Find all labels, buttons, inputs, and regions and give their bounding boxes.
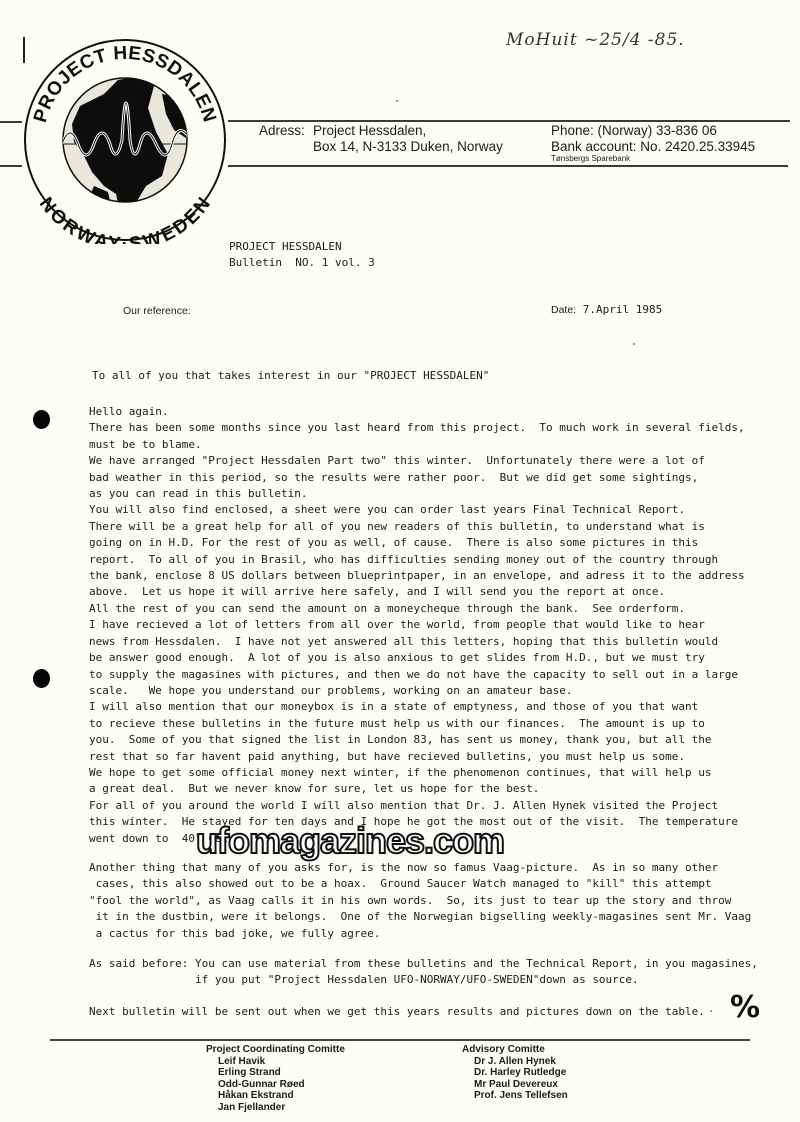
header-rule-top bbox=[228, 120, 790, 122]
text-line: Mr Paul Devereux bbox=[474, 1079, 568, 1090]
next-bulletin-note: Next bulletin will be sent out when we g… bbox=[89, 1005, 705, 1018]
vaag-paragraph: Another thing that many of you asks for,… bbox=[89, 860, 749, 942]
coordinating-committee-heading: Project Coordinating Comitte bbox=[206, 1044, 345, 1055]
text-line: For all of you around the world I will a… bbox=[89, 798, 749, 814]
text-line: Odd-Gunnar Røed bbox=[218, 1079, 305, 1090]
date-value: 7.April 1985 bbox=[583, 303, 662, 316]
footer-rule bbox=[50, 1039, 750, 1041]
address-line-2: Box 14, N-3133 Duken, Norway bbox=[313, 139, 503, 154]
bulletin-number: Bulletin NO. 1 vol. 3 bbox=[229, 256, 375, 269]
text-line: to recieve these bulletins in the future… bbox=[89, 716, 749, 732]
header-rule-left-bottom bbox=[0, 165, 22, 167]
text-line: a great deal. But we never know for sure… bbox=[89, 781, 749, 797]
text-line: Dr. Harley Rutledge bbox=[474, 1067, 568, 1078]
text-line: Another thing that many of you asks for,… bbox=[89, 860, 749, 876]
text-line: Prof. Jens Tellefsen bbox=[474, 1090, 568, 1101]
text-line: We have arranged "Project Hessdalen Part… bbox=[89, 453, 749, 469]
date-label: Date: bbox=[551, 304, 576, 316]
text-line: There has been some months since you las… bbox=[89, 420, 749, 436]
text-line: must be to blame. bbox=[89, 437, 749, 453]
date-line: Date: 7.April 1985 bbox=[551, 303, 662, 316]
text-line: be answer good enough. A lot of you is a… bbox=[89, 650, 749, 666]
scan-speck bbox=[396, 100, 398, 102]
text-line: a cactus for this bad joke, we fully agr… bbox=[89, 926, 749, 942]
advisory-committee-members: Dr J. Allen HynekDr. Harley RutledgeMr P… bbox=[474, 1056, 568, 1102]
header-rule-bottom bbox=[228, 165, 788, 167]
advisory-committee-heading: Advisory Comitte bbox=[462, 1044, 545, 1055]
text-line: report. To all of you in Brasil, who has… bbox=[89, 552, 749, 568]
coordinating-committee-members: Leif HavikErling StrandOdd-Gunnar RøedHå… bbox=[218, 1056, 305, 1113]
watermark: ufomagazines.com bbox=[196, 820, 504, 862]
text-line: rest that so far havent paid anything, b… bbox=[89, 749, 749, 765]
text-line: Håkan Ekstrand bbox=[218, 1090, 305, 1101]
punch-hole bbox=[33, 669, 50, 688]
text-line: As said before: You can use material fro… bbox=[89, 956, 758, 972]
text-line: You will also find enclosed, a sheet wer… bbox=[89, 502, 749, 518]
text-line: I will also mention that our moneybox is… bbox=[89, 699, 749, 715]
addressee-line: To all of you that takes interest in our… bbox=[92, 369, 489, 382]
text-line: Jan Fjellander bbox=[218, 1102, 305, 1113]
document-title: PROJECT HESSDALEN bbox=[229, 240, 342, 253]
punch-hole bbox=[33, 410, 50, 429]
text-line: scale. We hope you understand our proble… bbox=[89, 683, 749, 699]
closing-mark: % bbox=[730, 990, 760, 1025]
handwritten-annotation: MoHuit ~25/4 -85. bbox=[506, 30, 685, 50]
text-line: cases, this also showed out to be a hoax… bbox=[89, 876, 749, 892]
text-line: Dr J. Allen Hynek bbox=[474, 1056, 568, 1067]
text-line: it in the dustbin, were it belongs. One … bbox=[89, 909, 749, 925]
text-line: the bank, enclose 8 US dollars between b… bbox=[89, 568, 749, 584]
phone-number: Phone: (Norway) 33-836 06 bbox=[551, 123, 717, 138]
scan-speck bbox=[633, 343, 635, 345]
usage-note: As said before: You can use material fro… bbox=[89, 956, 758, 989]
project-hessdalen-logo: PROJECT HESSDALEN NORWAY·SWEDEN bbox=[22, 36, 228, 244]
text-line: news from Hessdalen. I have not yet answ… bbox=[89, 634, 749, 650]
text-line: Leif Havik bbox=[218, 1056, 305, 1067]
text-line: All the rest of you can send the amount … bbox=[89, 601, 749, 617]
scan-speck bbox=[710, 1010, 712, 1012]
letter-body: Hello again.There has been some months s… bbox=[89, 404, 749, 847]
text-line: We hope to get some official money next … bbox=[89, 765, 749, 781]
text-line: you. Some of you that signed the list in… bbox=[89, 732, 749, 748]
our-reference-label: Our reference: bbox=[123, 305, 191, 317]
text-line: Erling Strand bbox=[218, 1067, 305, 1078]
text-line: "fool the world", as Vaag calls it in hi… bbox=[89, 893, 749, 909]
text-line: above. Let us hope it will arrive here s… bbox=[89, 584, 749, 600]
text-line: I have recieved a lot of letters from al… bbox=[89, 617, 749, 633]
bank-name: Tønsbergs Sparebank bbox=[551, 154, 630, 163]
address-line-1: Project Hessdalen, bbox=[313, 123, 426, 138]
text-line: to supply the magasines with pictures, a… bbox=[89, 667, 749, 683]
bank-account: Bank account: No. 2420.25.33945 bbox=[551, 139, 755, 154]
text-line: if you put "Project Hessdalen UFO-NORWAY… bbox=[89, 972, 758, 988]
text-line: bad weather in this period, so the resul… bbox=[89, 470, 749, 486]
text-line: as you can read in this bulletin. bbox=[89, 486, 749, 502]
header-rule-left-top bbox=[0, 121, 22, 123]
text-line: going on in H.D. For the rest of you as … bbox=[89, 535, 749, 551]
text-line: There will be a great help for all of yo… bbox=[89, 519, 749, 535]
address-label: Adress: bbox=[259, 123, 305, 138]
text-line: Hello again. bbox=[89, 404, 749, 420]
